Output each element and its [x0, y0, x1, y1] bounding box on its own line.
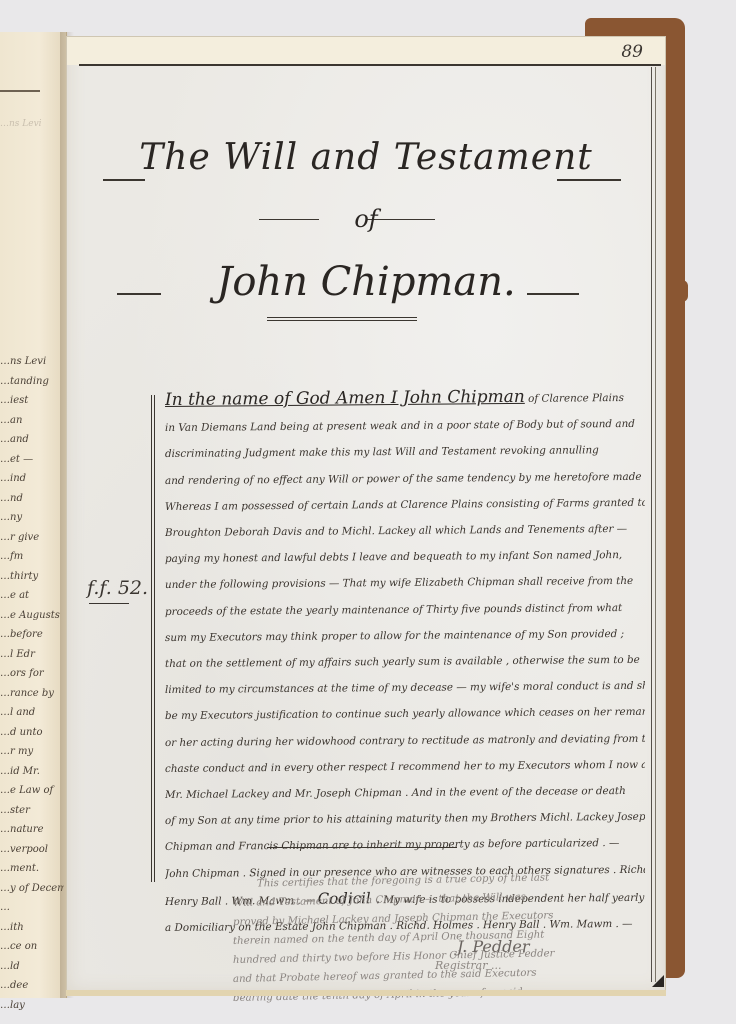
title-dash — [103, 179, 145, 181]
body-line: under the following provisions — That my… — [165, 568, 645, 598]
will-body-text: In the name of God Amen I John Chipman o… — [165, 387, 645, 941]
left-fragment: …et — — [0, 450, 64, 470]
left-fragment: …iest — [0, 391, 64, 411]
left-fragment: …tanding — [0, 372, 64, 392]
body-line: be my Executors justification to continu… — [165, 699, 645, 729]
top-rule — [79, 64, 661, 66]
body-line: and rendering of no effect any Will or p… — [165, 463, 645, 493]
title-dash — [557, 179, 621, 181]
left-fragment: …dee — [0, 976, 64, 996]
left-fragment: …d unto — [0, 723, 64, 743]
body-line: Chipman and Francis Chipman are to inher… — [165, 830, 645, 860]
opening-invocation: In the name of God Amen I John Chipman — [165, 387, 525, 410]
page-bottom-edge — [66, 990, 666, 996]
left-fragment: …ind — [0, 469, 64, 489]
probate-certificate: This certifies that the foregoing is a t… — [233, 875, 653, 1008]
left-fragment: …e at — [0, 586, 64, 606]
left-fragment: …an — [0, 411, 64, 431]
left-fragment: …ith — [0, 918, 64, 938]
registrar-signature: J. Pedder — [457, 937, 529, 956]
left-fragment: …ny — [0, 508, 64, 528]
margin-note-underline — [89, 603, 129, 604]
left-fragment: …y of December — [0, 879, 64, 899]
left-fragment: …fm — [0, 547, 64, 567]
left-page-rule — [0, 90, 40, 92]
left-page-faint-text: …ns Levi — [0, 112, 64, 136]
left-fragment: …ment. — [0, 859, 64, 879]
left-page: …ns Levi …ns Levi …tanding …iest …an …an… — [0, 32, 67, 998]
left-fragment: … — [0, 898, 64, 918]
left-fragment: …l Edr — [0, 645, 64, 665]
body-end-rule — [267, 847, 457, 848]
registrar-title: Registrar ... — [435, 959, 501, 972]
left-fragment: …lay — [0, 996, 64, 1016]
left-fragment: …e Law of — [0, 781, 64, 801]
title-double-underline — [267, 317, 417, 318]
left-fragment: …r give — [0, 528, 64, 548]
left-fragment: …ster — [0, 801, 64, 821]
page-number: 89 — [621, 42, 643, 62]
body-left-rule — [151, 395, 152, 882]
body-line: or her acting during her widowhood contr… — [165, 725, 645, 755]
left-fragment: …l and — [0, 703, 64, 723]
left-fragment: …ors for — [0, 664, 64, 684]
page-header-strip — [67, 37, 665, 65]
binding-fragment — [676, 280, 688, 302]
left-fragment: …verpool — [0, 840, 64, 860]
left-page-text: …ns Levi …tanding …iest …an …and …et — …… — [0, 352, 64, 1015]
title-testator-name: John Chipman. — [67, 259, 665, 305]
left-fragment: …r my — [0, 742, 64, 762]
left-fragment: …rance by — [0, 684, 64, 704]
left-fragment: …and — [0, 430, 64, 450]
manuscript-page: 89 The Will and Testament of John Chipma… — [66, 36, 666, 993]
body-line: proceeds of the estate the yearly mainte… — [165, 594, 645, 624]
margin-folio-note: f.f. 52. — [87, 577, 148, 599]
left-fragment: …thirty — [0, 567, 64, 587]
left-fragment: …ce on — [0, 937, 64, 957]
body-line: discriminating Judgment make this my las… — [165, 437, 645, 467]
left-fragment: …before — [0, 625, 64, 645]
left-fragment: …ns Levi — [0, 112, 64, 136]
body-line-text: of Clarence Plains — [528, 392, 624, 405]
left-fragment: …ld — [0, 957, 64, 977]
left-fragment: …e Augusts — [0, 606, 64, 626]
left-fragment: …nd — [0, 489, 64, 509]
left-fragment: …nature — [0, 820, 64, 840]
corner-mark — [652, 975, 664, 987]
left-fragment: …id Mr. — [0, 762, 64, 782]
title-of: of — [67, 205, 665, 233]
body-line: In the name of God Amen I John Chipman o… — [165, 383, 645, 415]
left-fragment: …ns Levi — [0, 352, 64, 372]
title-will-and-testament: The Will and Testament — [67, 137, 665, 178]
